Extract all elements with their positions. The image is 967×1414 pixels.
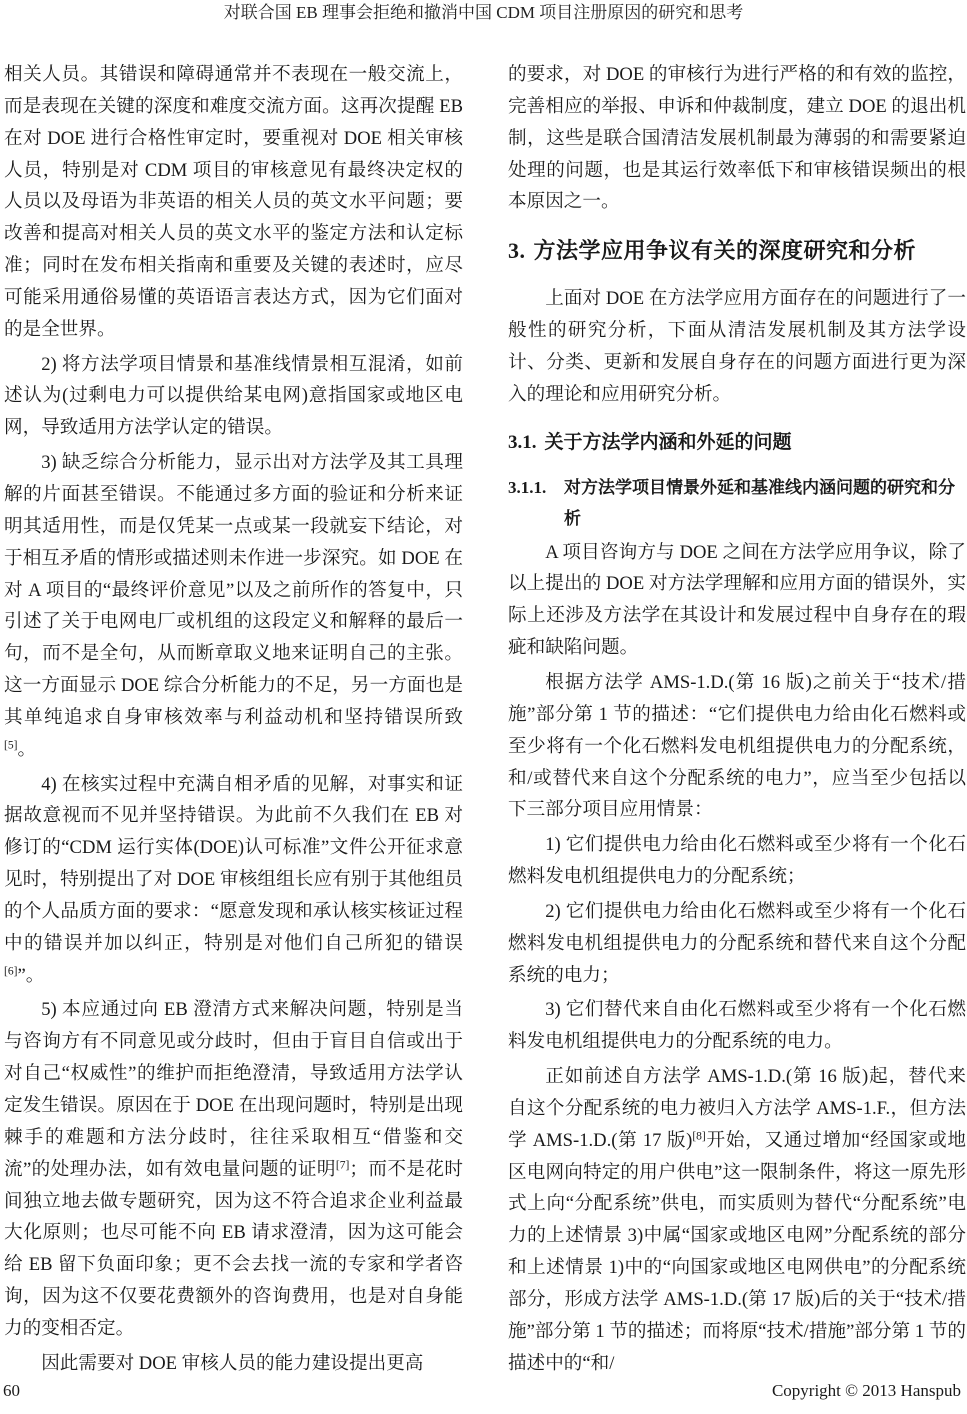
citation-ref-5[interactable]: [5] [4, 739, 17, 751]
paragraph: 因此需要对 DOE 审核人员的能力建设提出更高 [4, 1348, 463, 1380]
section-title: 关于方法学内涵和外延的问题 [545, 431, 792, 453]
section-title: 对方法学项目情景外延和基准线内涵问题的研究和分析 [564, 478, 955, 529]
copyright-notice: Copyright © 2013 Hanspub [772, 1380, 961, 1402]
right-column: 的要求，对 DOE 的审核行为进行严格的和有效的监控，完善相应的举报、申诉和仲裁… [508, 59, 966, 1383]
left-column: 相关人员。其错误和障碍通常并不表现在一般交流上，而是表现在关键的深度和难度交流方… [4, 59, 463, 1383]
section-heading-3-1-1: 3.1.1.对方法学项目情景外延和基准线内涵问题的研究和分析 [508, 472, 966, 535]
paragraph-text: 4) 在核实过程中充满自相矛盾的见解，对事实和证据故意视而不见并坚持错误。为此前… [4, 774, 463, 954]
citation-ref-7[interactable]: [7] [336, 1159, 349, 1171]
page-number: 60 [3, 1380, 20, 1402]
scenario-item-3: 3) 它们替代来自由化石燃料或至少将有一个化石燃料发电机组提供电力的分配系统的电… [508, 994, 966, 1058]
section-number: 3.1.1. [508, 472, 556, 503]
list-item-4: 4) 在核实过程中充满自相矛盾的见解，对事实和证据故意视而不见并坚持错误。为此前… [4, 769, 463, 992]
citation-ref-6[interactable]: [6] [4, 965, 17, 977]
paragraph-text: ；而不是花时间独立地去做专题研究，因为这不符合追求企业利益最大化原则；也尽可能不… [4, 1159, 463, 1339]
paragraph: 根据方法学 AMS-1.D.(第 16 版)之前关于“技术/措施”部分第 1 节… [508, 667, 966, 826]
list-item-2: 2) 将方法学项目情景和基准线情景相互混淆，如前述认为(过剩电力可以提供给某电网… [4, 349, 463, 445]
citation-ref-8[interactable]: [8] [692, 1130, 705, 1142]
list-item-5: 5) 本应通过向 EB 澄清方式来解决问题，特别是当与咨询方有不同意见或分歧时，… [4, 994, 463, 1344]
scenario-item-1: 1) 它们提供电力给由化石燃料或至少将有一个化石燃料发电机组提供电力的分配系统； [508, 829, 966, 893]
paragraph: 的要求，对 DOE 的审核行为进行严格的和有效的监控，完善相应的举报、申诉和仲裁… [508, 59, 966, 218]
paragraph-text: 开始，又通过增加“经国家或地区电网向特定的用户供电”这一限制条件，将这一原先形式… [508, 1130, 966, 1374]
paragraph: 相关人员。其错误和障碍通常并不表现在一般交流上，而是表现在关键的深度和难度交流方… [4, 59, 463, 346]
section-title: 方法学应用争议有关的深度研究和分析 [534, 239, 917, 264]
section-heading-3-1: 3.1.关于方法学内涵和外延的问题 [508, 427, 966, 458]
paragraph-text: 5) 本应通过向 EB 澄清方式来解决问题，特别是当与咨询方有不同意见或分歧时，… [4, 999, 463, 1179]
punctuation: ”。 [17, 965, 44, 986]
paragraph: 正如前述自方法学 AMS-1.D.(第 16 版)起，替代来自这个分配系统的电力… [508, 1061, 966, 1379]
scenario-item-2: 2) 它们提供电力给由化石燃料或至少将有一个化石燃料发电机组提供电力的分配系统和… [508, 896, 966, 992]
list-item-3: 3) 缺乏综合分析能力，显示出对方法学及其工具理解的片面甚至错误。不能通过多方面… [4, 447, 463, 765]
section-number: 3. [508, 238, 526, 263]
paragraph-text: 3) 缺乏综合分析能力，显示出对方法学及其工具理解的片面甚至错误。不能通过多方面… [4, 452, 463, 728]
paragraph: 上面对 DOE 在方法学应用方面存在的问题进行了一般性的研究分析，下面从清洁发展… [508, 283, 966, 410]
paragraph: A 项目咨询方与 DOE 之间在方法学应用争议，除了以上提出的 DOE 对方法学… [508, 537, 966, 664]
section-heading-3: 3.方法学应用争议有关的深度研究和分析 [508, 236, 966, 267]
running-header-title: 对联合国 EB 理事会拒绝和撤消中国 CDM 项目注册原因的研究和思考 [0, 2, 967, 24]
section-number: 3.1. [508, 432, 537, 453]
punctuation: 。 [17, 739, 36, 760]
